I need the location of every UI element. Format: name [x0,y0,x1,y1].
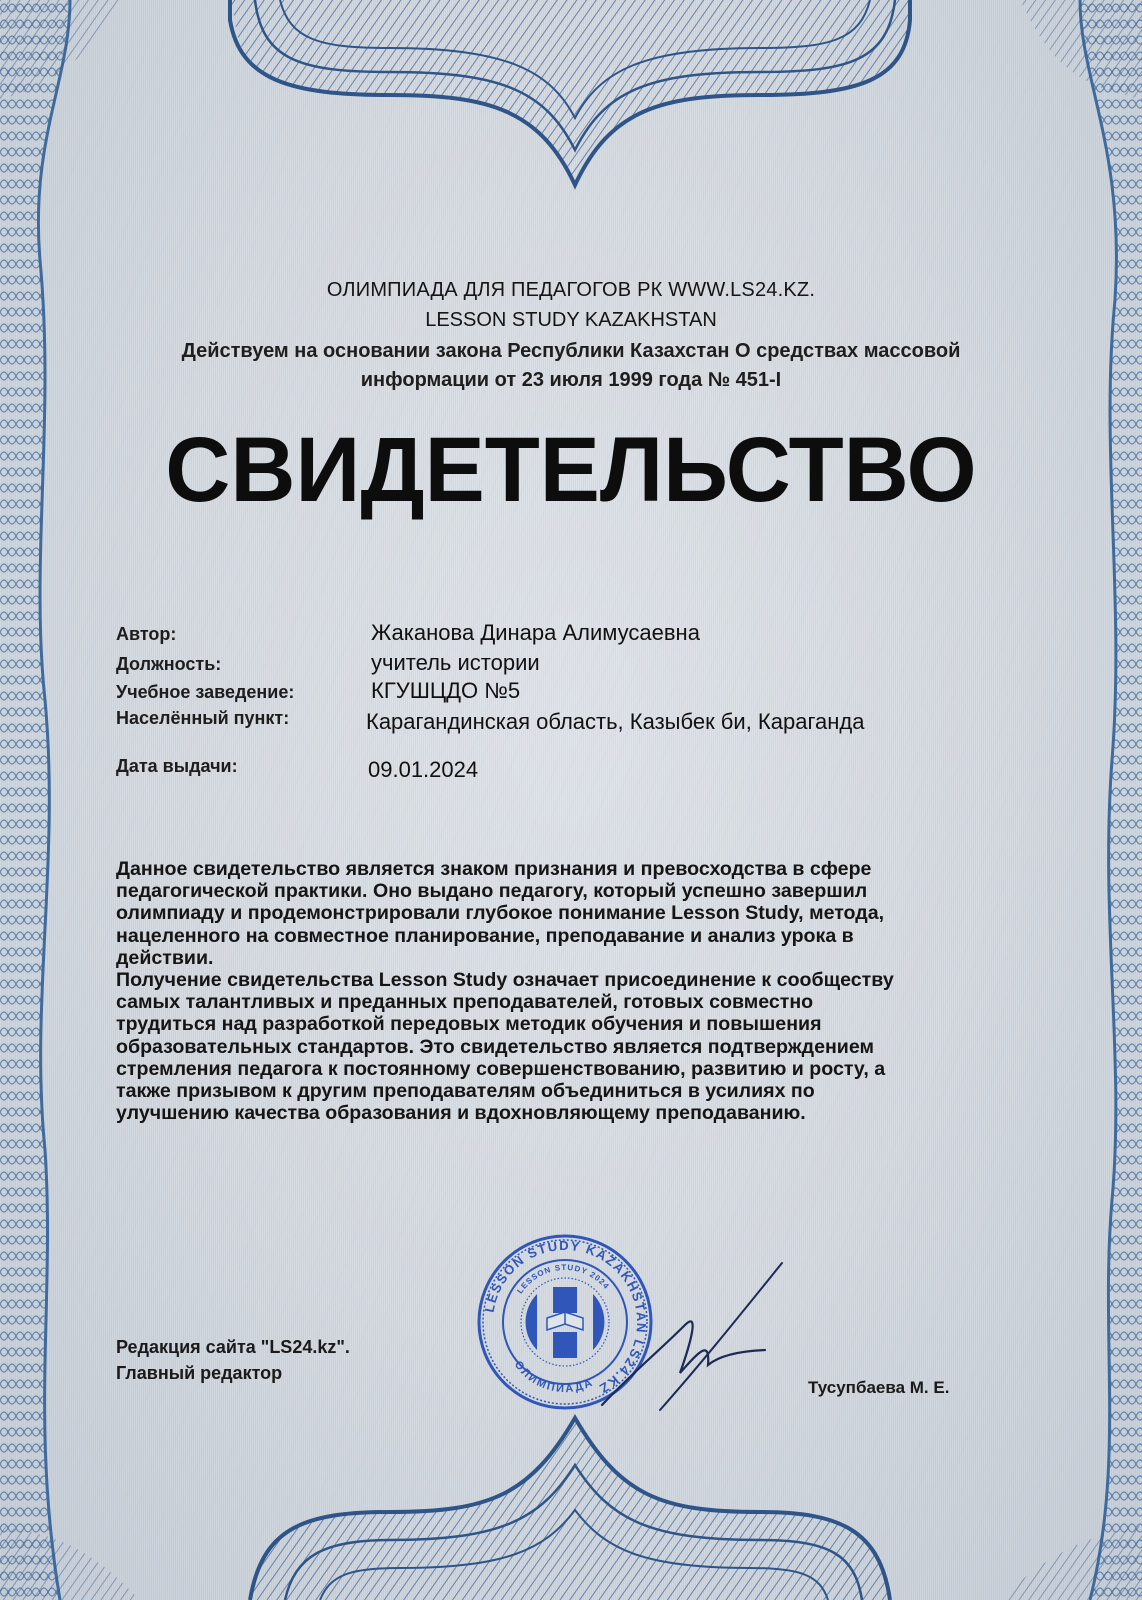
description-paragraph-1: Данное свидетельство является знаком при… [116,858,1046,969]
field-value: Жаканова Динара Алимусаевна [371,620,700,646]
field-value: Карагандинская область, Казыбек би, Кара… [366,709,864,735]
organization-name: LESSON STUDY KAZAKHSTAN [0,309,1142,332]
text-line: педагогической практики. Оно выдано педа… [116,880,1046,902]
text-line: самых талантливых и преданных преподават… [116,991,1046,1013]
text-line: образовательных стандартов. Это свидетел… [116,1036,1046,1058]
text-line: трудиться над разработкой передовых мето… [116,1013,1046,1035]
text-line: улучшению качества образования и вдохнов… [116,1102,1046,1124]
handwritten-signature [590,1255,790,1415]
field-label: Дата выдачи: [116,756,238,777]
legal-basis-line-1: Действуем на основании закона Республики… [0,340,1142,363]
description-paragraph-2: Получение свидетельства Lesson Study озн… [116,969,1046,1124]
field-value: 09.01.2024 [368,757,478,783]
text-line: Получение свидетельства Lesson Study озн… [116,969,1046,991]
organizer-heading: ОЛИМПИАДА ДЛЯ ПЕДАГОГОВ РК WWW.LS24.KZ. [0,279,1142,302]
text-line: олимпиаду и продемонстрировали глубокое … [116,902,1046,924]
certificate-title: СВИДЕТЕЛЬСТВО [11,418,1130,523]
text-line: также призывом к другим преподавателям о… [116,1080,1046,1102]
editor-office: Редакция сайта "LS24.kz". [116,1334,350,1360]
legal-basis-line-2: информации от 23 июля 1999 года № 451-I [0,369,1142,392]
field-label: Населённый пункт: [116,708,289,729]
editor-title: Главный редактор [116,1360,350,1386]
chief-editor-name: Тусупбаева М. Е. [808,1378,949,1398]
certificate-page: ОЛИМПИАДА ДЛЯ ПЕДАГОГОВ РК WWW.LS24.KZ. … [0,0,1142,1600]
field-value: КГУШЦДО №5 [371,678,520,704]
field-label: Должность: [116,654,221,675]
text-line: стремления педагога к постоянному соверш… [116,1058,1046,1080]
editor-block: Редакция сайта "LS24.kz". Главный редакт… [116,1334,350,1386]
field-label: Автор: [116,624,176,645]
text-line: нацеленного на совместное планирование, … [116,925,1046,947]
field-value: учитель истории [371,650,540,676]
field-label: Учебное заведение: [116,682,294,703]
text-line: Данное свидетельство является знаком при… [116,858,1046,880]
text-line: действии. [116,947,1046,969]
svg-text:ОЛИМПИАДА: ОЛИМПИАДА [512,1359,596,1395]
stamp-bottom-text: ОЛИМПИАДА [512,1359,596,1395]
certificate-description: Данное свидетельство является знаком при… [116,858,1046,1124]
